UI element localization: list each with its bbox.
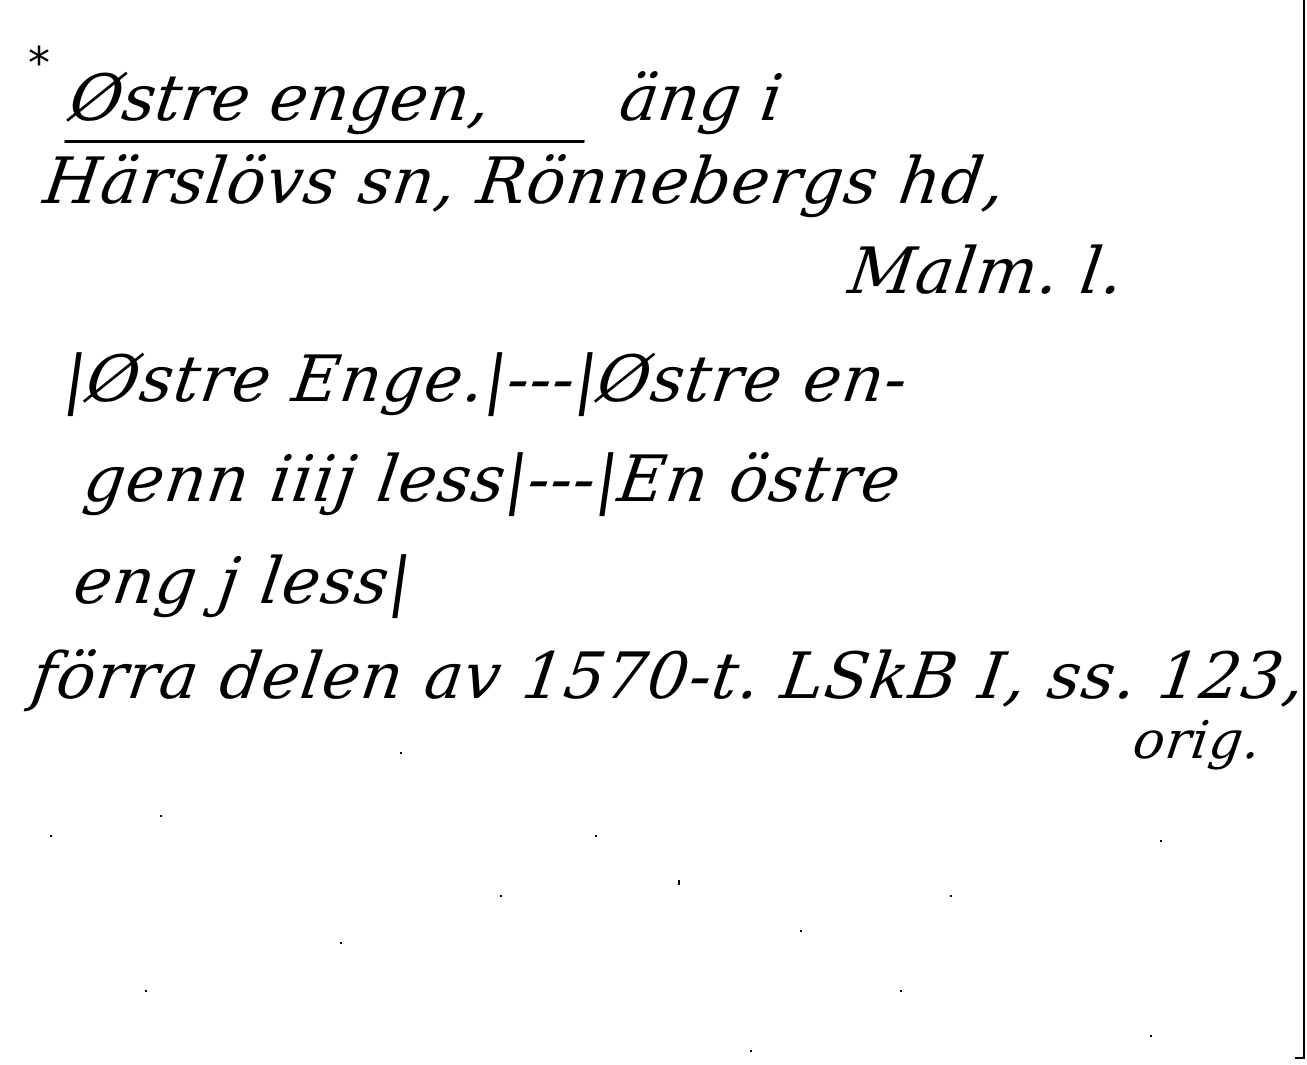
scan-speck (400, 752, 402, 754)
scan-speck (595, 835, 597, 837)
asterisk-marker: * (28, 38, 50, 89)
scan-speck (1150, 1035, 1152, 1037)
scan-speck (160, 815, 162, 817)
scan-speck (1160, 840, 1162, 842)
card-edge-border (1303, 0, 1305, 1058)
scan-speck (340, 942, 342, 944)
card-corner-mark (1295, 1057, 1305, 1059)
county-line: Malm. l. (845, 240, 1128, 304)
headword: Østre engen,äng i (64, 62, 787, 143)
headword-main: Østre engen, (64, 62, 595, 143)
scan-speck (750, 1050, 752, 1052)
source-reference-line: förra delen av 1570-t. LSkB I, ss. 123, … (28, 645, 1307, 709)
archive-index-card: * Østre engen,äng i Härslövs sn, Rönnebe… (0, 0, 1307, 1065)
scan-speck (800, 930, 802, 932)
parish-district-line: Härslövs sn, Rönnebergs hd, (40, 150, 1010, 214)
historical-forms-line-2: genn iiij less|---|En östre (80, 448, 905, 512)
scan-speck (900, 990, 902, 992)
headword-category: äng i (615, 62, 787, 136)
scan-speck (145, 990, 147, 992)
scan-speck (678, 880, 680, 885)
scan-speck (50, 835, 52, 837)
historical-forms-line-3: eng j less| (70, 550, 416, 614)
scan-speck (950, 895, 952, 897)
source-original-note: orig. (1130, 715, 1265, 767)
historical-forms-line-1: |Østre Enge.|---|Østre en- (60, 348, 912, 412)
scan-speck (500, 895, 502, 897)
